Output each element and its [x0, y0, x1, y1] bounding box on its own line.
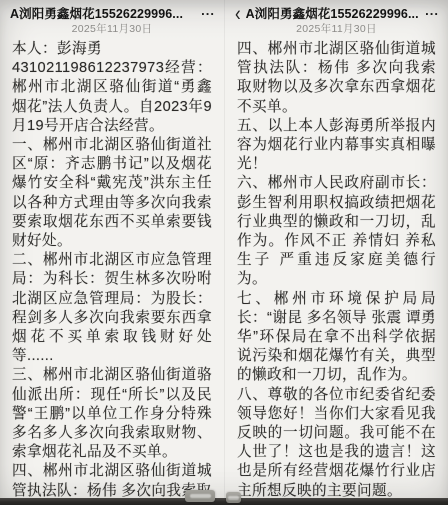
post-paragraph: 三、郴州市北湖区骆仙街道骆仙派出所：现任“所长”以及民警“王鹏”以单位工作身分特…	[12, 366, 212, 462]
post-body: 本人：彭海勇 431021198612237973经营：郴州市北湖区骆仙街道“勇…	[0, 40, 224, 501]
post-paragraph: 四、郴州市北湖区骆仙街道城管执法队：杨伟 多次向我索取财物以及多次拿东西拿烟花不…	[237, 40, 436, 117]
overlay-badge	[185, 490, 215, 502]
panels-container: A浏阳勇鑫烟花15526229996... ... 2025年11月30日 本人…	[0, 0, 448, 505]
post-body: 四、郴州市北湖区骆仙街道城管执法队：杨伟 多次向我索取财物以及多次拿东西拿烟花不…	[225, 40, 448, 501]
more-menu-icon[interactable]: ...	[423, 6, 440, 20]
back-chevron-icon[interactable]: ‹	[235, 4, 241, 23]
post-date: 2025年11月30日	[0, 23, 224, 36]
post-panel-left: A浏阳勇鑫烟花15526229996... ... 2025年11月30日 本人…	[0, 0, 224, 505]
post-panel-right: ‹ A浏阳勇鑫烟花15526229996... ... 2025年11月30日 …	[224, 0, 448, 505]
post-paragraph: 七、郴州市环境保护局局长：“谢昆 多名领导 张震 谭勇华”环保局在拿不出科学依据…	[237, 290, 436, 386]
post-paragraph: 431021198612237973经营：郴州市北湖区骆仙街道“勇鑫烟花”法人负…	[12, 59, 212, 136]
post-paragraph: 六、郴州市人民政府副市长：彭生智利用职权搞政绩把烟花行业典型的懒政和一刀切，乱作…	[237, 174, 436, 289]
bottom-bar	[0, 498, 448, 505]
title-bar: ‹ A浏阳勇鑫烟花15526229996... ...	[225, 0, 448, 22]
post-paragraph: 八、尊敬的各位市纪委省纪委领导您好！当你们大家看见我反映的一切问题。我可能不在人…	[237, 386, 436, 501]
post-paragraph: 四、郴州市北湖区骆仙街道城管执法队：杨伟 多次向我索取	[12, 462, 212, 500]
account-title[interactable]: A浏阳勇鑫烟花15526229996...	[246, 4, 419, 22]
overlay-badge	[226, 492, 241, 503]
dual-screenshot-view: A浏阳勇鑫烟花15526229996... ... 2025年11月30日 本人…	[0, 0, 448, 505]
post-paragraph: 一、郴州市北湖区骆仙街道社区“原：齐志鹏书记”以及烟花爆竹安全科“戴宪茂”洪东主…	[12, 136, 212, 251]
post-paragraph: 本人：彭海勇	[12, 40, 212, 59]
title-bar: A浏阳勇鑫烟花15526229996... ...	[0, 0, 224, 22]
post-paragraph: 五、以上本人彭海勇所举报内容为烟花行业内幕事实真相曝光！	[237, 117, 436, 175]
post-paragraph: 二、郴州市北湖区市应急管理局：为科长：贺生林多次吩咐北湖区应急管理局：为股长：程…	[12, 251, 212, 366]
account-title[interactable]: A浏阳勇鑫烟花15526229996...	[10, 4, 195, 22]
post-date: 2025年11月30日	[225, 23, 448, 36]
more-menu-icon[interactable]: ...	[199, 6, 216, 20]
